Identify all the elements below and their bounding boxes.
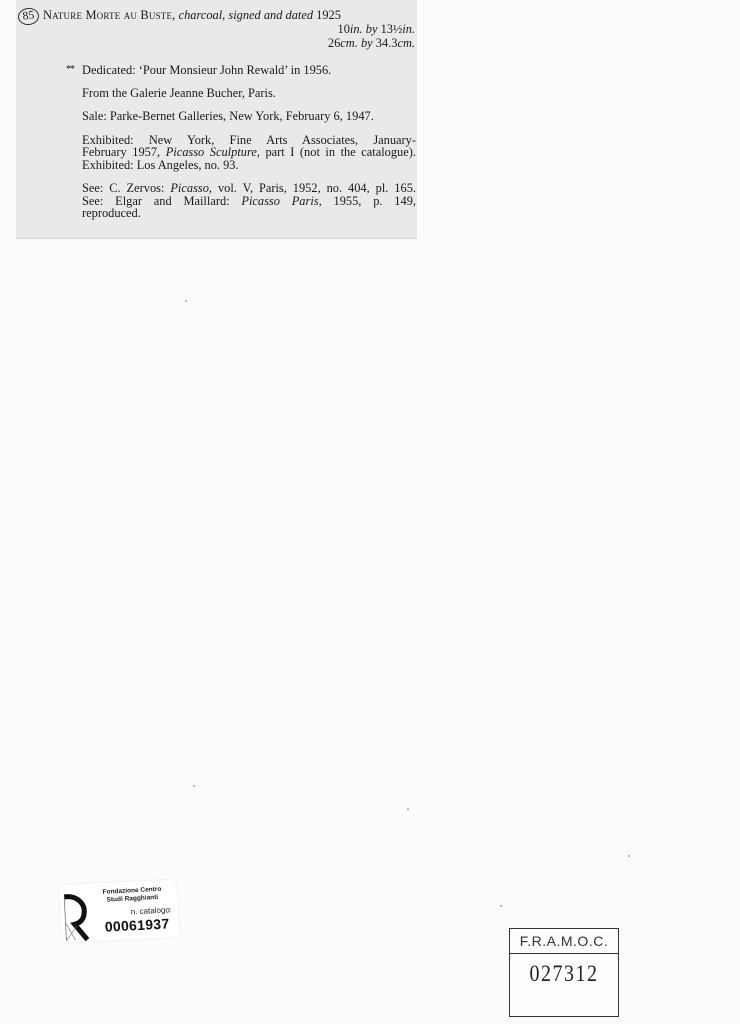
- catalog-number: 00061937: [104, 915, 169, 934]
- sale-history: Sale: Parke-Bernet Galleries, New York, …: [82, 110, 416, 123]
- paper-speck: [193, 785, 195, 787]
- artwork-year: 1925: [316, 8, 341, 22]
- dedication: ** Dedicated: ‘Pour Monsieur John Rewald…: [82, 64, 416, 77]
- paper-speck: [407, 808, 409, 810]
- paper-speck: [185, 300, 187, 302]
- lot-number: 85: [17, 7, 40, 26]
- artwork-dimensions: 10in. by 13½in. 26cm. by 34.3cm.: [328, 22, 415, 50]
- ragghianti-logo-icon: [61, 892, 90, 943]
- dimensions-centimetres: 26cm. by 34.3cm.: [328, 36, 415, 50]
- dimensions-inches: 10in. by 13½in.: [328, 22, 415, 36]
- artwork-medium: charcoal, signed and dated: [179, 8, 313, 22]
- catalogue-clipping: 85Nature Morte au Buste, charcoal, signe…: [16, 0, 417, 238]
- provenance: From the Galerie Jeanne Bucher, Paris.: [82, 87, 416, 100]
- inventory-number: 027312: [510, 951, 618, 997]
- foundation-name: Fondazione Centro Studi Ragghianti: [93, 885, 172, 905]
- artwork-title: Nature Morte au Buste,: [43, 8, 175, 22]
- archive-label-sticker: Fondazione Centro Studi Ragghianti n. ca…: [59, 879, 180, 943]
- paper-speck: [500, 905, 502, 907]
- asterisk-mark: **: [66, 64, 74, 77]
- paper-speck: [628, 855, 630, 857]
- lot-details: ** Dedicated: ‘Pour Monsieur John Rewald…: [82, 64, 416, 230]
- exhibition-history: Exhibited: New York, Fine Arts Associate…: [82, 134, 416, 172]
- literature-references: See: C. Zervos: Picasso, vol. V, Paris, …: [82, 182, 416, 220]
- framoc-inventory-stamp: F.R.A.M.O.C. 027312: [509, 928, 619, 1017]
